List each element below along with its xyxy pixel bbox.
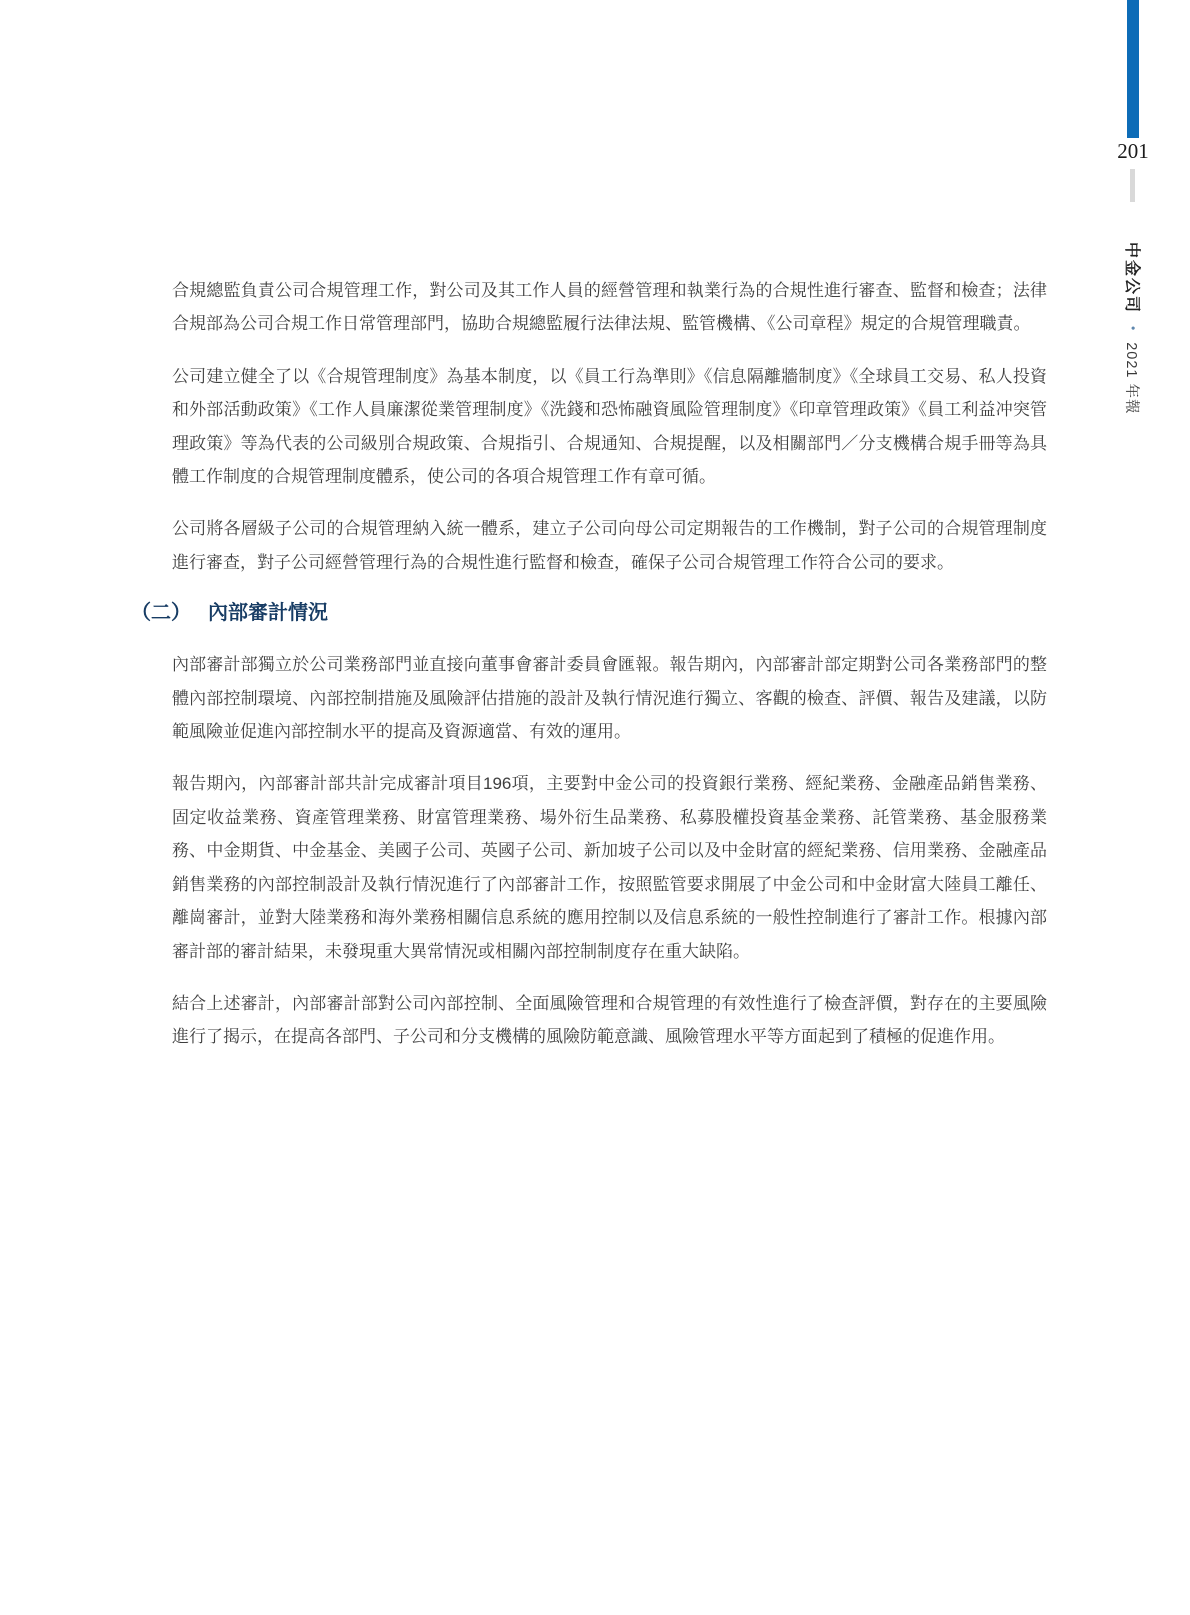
paragraph-compliance-officer: 合規總監負責公司合規管理工作，對公司及其工作人員的經營管理和執業行為的合規性進行…	[172, 274, 1047, 341]
section-title: 內部審計情況	[208, 598, 328, 628]
paragraph-compliance-policy-system: 公司建立健全了以《合規管理制度》為基本制度，以《員工行為準則》《信息隔離牆制度》…	[172, 360, 1047, 494]
section-number: （二）	[131, 598, 191, 628]
paragraph-audit-projects: 報告期內，內部審計部共計完成審計項目196項，主要對中金公司的投資銀行業務、經紀…	[172, 767, 1047, 967]
paragraph-audit-conclusion: 結合上述審計，內部審計部對公司內部控制、全面風險管理和合規管理的有效性進行了檢查…	[172, 987, 1047, 1054]
company-name: 中金公司	[1123, 242, 1140, 314]
section-heading: （二） 內部審計情況	[131, 598, 1047, 628]
side-caption: 中金公司•2021 年報	[1120, 242, 1143, 415]
document-page: 201 中金公司•2021 年報 合規總監負責公司合規管理工作，對公司及其工作人…	[0, 0, 1190, 1615]
main-content: 合規總監負責公司合規管理工作，對公司及其工作人員的經營管理和執業行為的合規性進行…	[172, 274, 1047, 1073]
page-number-tick	[1130, 169, 1135, 202]
paragraph-subsidiary-compliance: 公司將各層級子公司的合規管理納入統一體系，建立子公司向母公司定期報告的工作機制，…	[172, 512, 1047, 579]
page-number: 201	[1108, 138, 1158, 164]
report-edition: 2021 年報	[1123, 342, 1139, 414]
paragraph-internal-audit-overview: 內部審計部獨立於公司業務部門並直接向董事會審計委員會匯報。報告期內，內部審計部定…	[172, 648, 1047, 748]
page-edge-accent-bar	[1127, 0, 1139, 138]
separator-dot: •	[1126, 314, 1140, 342]
